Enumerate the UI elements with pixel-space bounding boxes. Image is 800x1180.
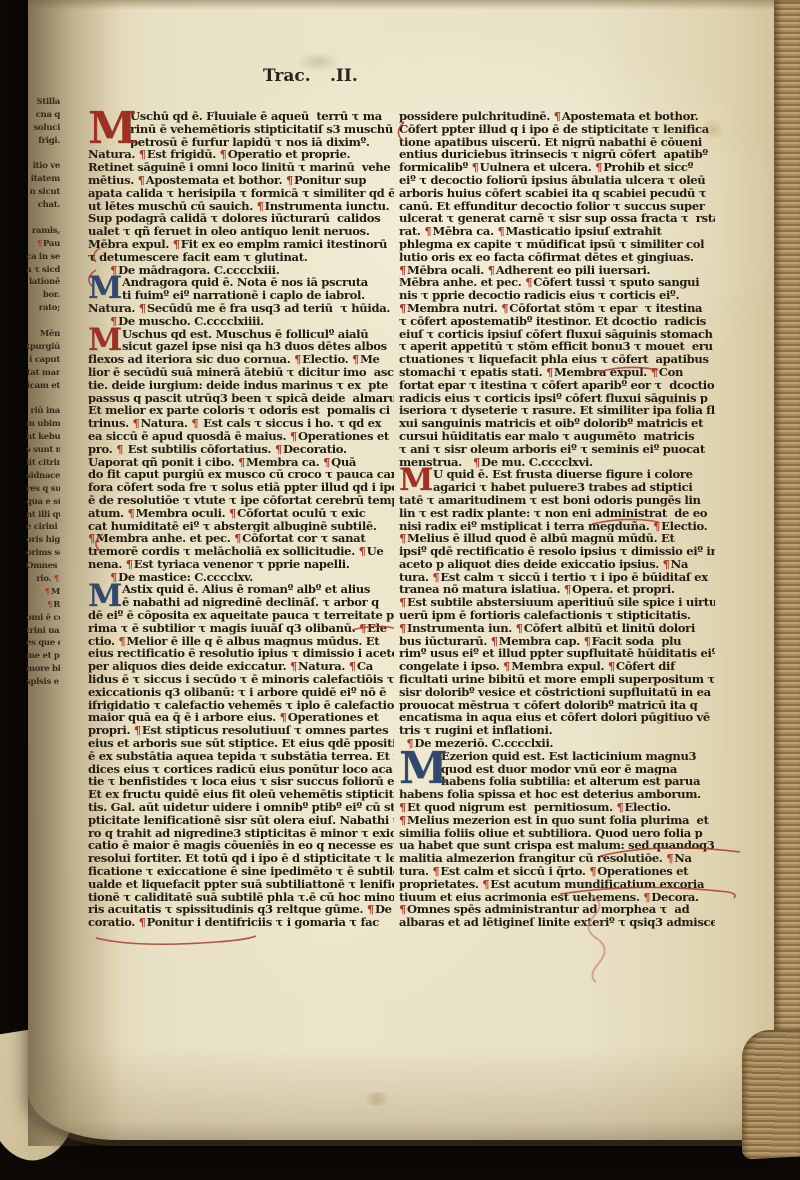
fragment-line: itio ve — [26, 160, 60, 173]
capitulum-mark: ¶ — [173, 238, 181, 251]
rubric-underline: Con — [659, 366, 683, 379]
fragment-line: ¶R — [26, 599, 60, 612]
text-line: nisi radix eiº mstiplicat i terra megduñ… — [399, 520, 715, 533]
text-line: Mēbra anhe. et pec. ¶Cōfert tussi τ sput… — [399, 276, 715, 289]
text-line: Cōfert ppter illud q i ipo ē de stiptici… — [399, 123, 715, 136]
fragment-line: omi ē coe — [26, 612, 60, 625]
text-line: tie. deide iurgium: deide indus marinus … — [88, 379, 394, 392]
text-line: propri. ¶Est stipticus resolutiuuſ τ omn… — [88, 724, 394, 737]
capitulum-mark: ¶ — [280, 711, 288, 724]
text-line: ¶De muscho. C.cccclxiiii. — [88, 315, 394, 328]
text-line: eiº τ decoctio foliorū ipsius ābulatia u… — [399, 174, 715, 187]
text-line: lutio oris ex eo facta cōfirmat dētes et… — [399, 251, 715, 264]
capitulum-mark: ¶ — [116, 443, 124, 456]
capitulum-mark: ¶ — [595, 161, 603, 174]
text-line: ē ex substātia aquea tepida τ substātia … — [88, 750, 394, 763]
capitulum-mark: ¶ — [257, 200, 265, 213]
capitulum-mark: ¶ — [473, 456, 481, 469]
text-line: Uaporat qñ ponit i cibo. ¶Membra ca. ¶Qu… — [88, 456, 394, 469]
rubric-underline: Na — [674, 852, 691, 865]
capitulum-mark: ¶ — [275, 443, 283, 456]
rubric-underline: Operationes et — [597, 865, 688, 878]
capitulum-mark: ¶ — [359, 622, 367, 635]
text-line: do fit caput purgiū ex musco cū croco τ … — [88, 468, 394, 481]
rubric-underline: De mu. C.cccclxvi. — [481, 456, 593, 469]
illuminated-initial: M — [88, 273, 122, 304]
capitulum-mark: ¶ — [54, 574, 60, 584]
ink-showthrough-smudge — [296, 52, 340, 72]
fragment-line: Mēn — [26, 328, 60, 341]
text-line: tiuum et eius acrimonia est uehemens. ¶D… — [399, 891, 715, 904]
page-stain — [362, 1092, 392, 1106]
illuminated-initial: M — [399, 747, 447, 791]
capitulum-mark: ¶ — [359, 545, 367, 558]
capitulum-mark: ¶ — [139, 302, 147, 315]
capitulum-mark: ¶ — [399, 596, 407, 609]
fragment-line: sidnacem — [26, 470, 60, 483]
text-line: ifrigidatio τ calefactio vehemēs τ iplo … — [88, 699, 394, 712]
text-line: tione apatibus uiscerū. Et nigrū nabathi… — [399, 136, 715, 149]
text-column-left: Uschū qd ē. Fluuiale ē aqueū terrū τ mar… — [88, 110, 394, 938]
capitulum-mark: ¶ — [47, 600, 53, 610]
fragment-line: a τ sicd — [26, 264, 60, 277]
text-line: agarici τ habet puluere3 trabes ad stipt… — [399, 481, 715, 494]
fragment-line: ramls, — [26, 225, 60, 238]
fragment-line: s sunt mi — [26, 444, 60, 457]
capitulum-mark: ¶ — [399, 814, 407, 827]
capitulum-mark: ¶ — [133, 417, 141, 430]
text-line: possidere pulchritudinē. ¶Apostemata et … — [399, 110, 715, 123]
fragment-line: soluci — [26, 122, 60, 135]
text-line: ¶Instrumenta iun. ¶Cōfert albitū et lini… — [399, 622, 715, 635]
book-fore-edge — [774, 0, 800, 1152]
text-line: encatisma in aqua eius et cōfert dolori … — [399, 711, 715, 724]
capitulum-mark: ¶ — [290, 660, 298, 673]
fragment-line: iit citrini — [26, 457, 60, 470]
fragment-line: itatem — [26, 173, 60, 186]
fragment-line — [26, 148, 60, 161]
fragment-line: e cirini a — [26, 521, 60, 534]
capitulum-mark: ¶ — [139, 148, 147, 161]
capitulum-mark: ¶ — [491, 635, 499, 648]
text-column-right: possidere pulchritudinē. ¶Apostemata et … — [399, 110, 715, 938]
text-line: exiccationis q3 olibanū: τ i arbore quid… — [88, 686, 394, 699]
rubric-underline: Apostemata et bothor. — [146, 174, 283, 187]
fragment-line: riū ina — [26, 405, 60, 418]
text-line: resolui fortiter. Et totū qd i ipo ē d s… — [88, 852, 394, 865]
capitulum-mark: ¶ — [234, 532, 242, 545]
rubric-underline: Operatio et proprie. — [228, 148, 350, 161]
rubric-underline: Electio. — [302, 353, 348, 366]
fragment-line: more bibit — [26, 663, 60, 676]
fragment-line: ¶M — [26, 586, 60, 599]
capitulum-mark: ¶ — [564, 583, 572, 596]
text-line: tranea nō matura islatiua. ¶Opera. et pr… — [399, 583, 715, 596]
rubric-underline: De mādragora. C.cccclxiii. — [118, 264, 279, 277]
fragment-line: nt illi qui — [26, 509, 60, 522]
rubric-underline: Membra expul. — [511, 660, 604, 673]
capitulum-mark: ¶ — [138, 174, 146, 187]
capitulum-mark: ¶ — [432, 865, 440, 878]
capitulum-mark: ¶ — [663, 558, 671, 571]
page-stain — [700, 120, 726, 138]
text-line: mētius. ¶Apostemata et bothor. ¶Ponitur … — [88, 174, 394, 187]
rubric-underline: Operationes et — [288, 711, 379, 724]
illuminated-initial: M — [88, 325, 122, 356]
text-line: ¶Melius mezerion est in quo sunt folia p… — [399, 814, 715, 827]
rubric-underline: Operationes et — [298, 430, 389, 443]
text-line: τ cōfert apostematibº itestinor. Et dcoc… — [399, 315, 715, 328]
text-line: tremorē cordis τ melācholiā ex sollicitu… — [88, 545, 394, 558]
text-line: Et melior ex parte coloris τ odoris est … — [88, 404, 394, 417]
capitulum-mark: ¶ — [134, 724, 142, 737]
capitulum-mark: ¶ — [653, 520, 661, 533]
rubric-underline: Mēbra ca. — [432, 225, 493, 238]
rubric-underline: De — [375, 903, 392, 916]
text-line: atum. ¶Membra oculi. ¶Cōfortat oculū τ e… — [88, 507, 394, 520]
capitulum-mark: ¶ — [488, 264, 496, 277]
text-line: ¶Et quod nigrum est pernitiosum. ¶Electi… — [399, 801, 715, 814]
text-line: eiuſ τ corticis ipsiuſ cōfert fluxui sāg… — [399, 328, 715, 341]
illuminated-initial: M — [399, 465, 433, 496]
rubric-underline: Natura. — [141, 417, 188, 430]
fragment-line — [26, 392, 60, 405]
text-line: ctuationes τ liquefacit phla eius τ cōfe… — [399, 353, 715, 366]
fragment-line: nt kebuli — [26, 431, 60, 444]
text-line: entius duriciebus ītrinsecis τ nigrū cōf… — [399, 148, 715, 161]
capitulum-mark: ¶ — [352, 353, 360, 366]
capitulum-mark: ¶ — [367, 903, 375, 916]
fragment-line: rato; — [26, 302, 60, 315]
rubric-underline: De mastice: C.cccclxv. — [118, 571, 253, 584]
text-line: tis. Gal. aūt uidetur uidere i omnibº pt… — [88, 801, 394, 814]
text-line: ¶Melius ē illud quod ē albū magnū mūdū. … — [399, 532, 715, 545]
text-line: rima τ ē subtilior τ magis iuuāſ q3 olib… — [88, 622, 394, 635]
capitulum-mark: ¶ — [139, 916, 147, 929]
text-line: prouocat mēstrua τ cōfert doloribº matri… — [399, 699, 715, 712]
capitulum-mark: ¶ — [525, 276, 533, 289]
rubric-underline: Electio. — [661, 520, 707, 533]
capitulum-mark: ¶ — [482, 878, 490, 891]
text-line: ē nabathi ad nigredinē declināſ. τ arbor… — [88, 596, 394, 609]
text-line: sisr doloribº vesice et cōstrictioni sup… — [399, 686, 715, 699]
text-line: tie τ benfistides τ loca eius τ sisr suc… — [88, 775, 394, 788]
fragment-line: orims se — [26, 547, 60, 560]
capitulum-mark: ¶ — [497, 225, 505, 238]
capitulum-mark: ¶ — [229, 507, 237, 520]
fragment-line: trini ualz — [26, 625, 60, 638]
text-line: ¶Mēbra ocali. ¶Adherent eo pili iuersari… — [399, 264, 715, 277]
fragment-line: frigi. — [26, 135, 60, 148]
text-line: iseriora τ dyseterie τ rasure. Et simili… — [399, 404, 715, 417]
rubric-underline: Cōfortat cor τ sanat — [242, 532, 365, 545]
capitulum-mark: ¶ — [88, 532, 96, 545]
text-line: ipsiº qdē rectificatio ē resolo ipsius τ… — [399, 545, 715, 558]
capitulum-mark: ¶ — [399, 903, 407, 916]
rubric-underline: Instrumenta iun. — [407, 622, 512, 635]
text-line: ¶Membra anhe. et pec. ¶Cōfortat cor τ sa… — [88, 532, 394, 545]
text-line: pro. ¶ Est subtilis cōfortatius. ¶Decora… — [88, 443, 394, 456]
text-line: formicalibº ¶Uulnera et ulcera. ¶Prohib … — [399, 161, 715, 174]
text-line: Et ex fructu quidē eius fit oleū vehemēt… — [88, 788, 394, 801]
capitulum-mark: ¶ — [501, 302, 509, 315]
fragment-line: tpurgiū — [26, 341, 60, 354]
capitulum-mark: ¶ — [294, 353, 302, 366]
text-line: arboris huius cōfert scabiei ita q scabi… — [399, 187, 715, 200]
capitulum-mark: ¶ — [37, 239, 43, 249]
text-line: rat. ¶Mēbra ca. ¶Masticatio ipsiuſ extra… — [399, 225, 715, 238]
text-line: ualde et liquefacit ppter suā subtiliatt… — [88, 878, 394, 891]
text-line: ti fuimº eiº narrationē i caplo de iabro… — [88, 289, 394, 302]
text-line: aceto p aliquot dies deide exiccatio ips… — [399, 558, 715, 571]
text-line: malitia almezerion frangitur cū resoluti… — [399, 852, 715, 865]
fragment-line: me et pot. — [26, 650, 60, 663]
capitulum-mark: ¶ — [191, 417, 199, 430]
capitulum-mark: ¶ — [584, 635, 592, 648]
capitulum-mark: ¶ — [399, 532, 407, 545]
capitulum-mark: ¶ — [546, 366, 554, 379]
text-line: eius et arboris sue sūt stiptice. Et eiu… — [88, 737, 394, 750]
capitulum-mark: ¶ — [45, 587, 51, 597]
text-line: ea siccū ē apud quosdā ē maius. ¶Operati… — [88, 430, 394, 443]
text-line: nena. ¶Est tyriaca venenor τ pprie napel… — [88, 558, 394, 571]
capitulum-mark: ¶ — [608, 660, 616, 673]
book-fore-edge-corner — [742, 1028, 800, 1159]
text-line: coratio. ¶Ponitur i dentifriciis τ i gom… — [88, 916, 394, 929]
text-line: ulcerat τ generat carnē τ sisr sup ossa … — [399, 212, 715, 225]
capitulum-mark: ¶ — [554, 110, 562, 123]
text-line: proprietates. ¶Est acutum mundificatium … — [399, 878, 715, 891]
capitulum-mark: ¶ — [399, 264, 407, 277]
text-line: bus iūcturarū. ¶Membra cap. ¶Facit soda … — [399, 635, 715, 648]
text-line: apata calida τ herisipila τ formicā τ si… — [88, 187, 394, 200]
capitulum-mark: ¶ — [472, 161, 480, 174]
previous-leaf-text-strip: Stillacna qsolucifrigi.itio veitatemn si… — [26, 96, 60, 976]
text-line: fortat epar τ itestina τ cōfert aparibº … — [399, 379, 715, 392]
text-line: dē eiº ē cōposita ex aqueitate pauca τ t… — [88, 609, 394, 622]
fragment-line: i caput — [26, 354, 60, 367]
text-line: trinus. ¶Natura. ¶ Est cals τ siccus i h… — [88, 417, 394, 430]
rubric-underline: Instrumenta iunctu. — [265, 200, 390, 213]
capitulum-mark: ¶ — [503, 660, 511, 673]
capitulum-mark: ¶ — [399, 622, 407, 635]
fragment-line — [26, 212, 60, 225]
fragment-line: rio. ¶ — [26, 573, 60, 586]
capitulum-mark: ¶ — [290, 430, 298, 443]
rubric-underline: Membra nutri. — [407, 302, 497, 315]
capitulum-mark: ¶ — [126, 558, 134, 571]
rubric-underline: De muscho. C.cccclxiiii. — [118, 315, 264, 328]
text-line: stomachi τ epatis stati. ¶Membra expul. … — [399, 366, 715, 379]
rubric-underline: Apostemata et bothor. — [562, 110, 699, 123]
rubric-underline: Mēbra anhe. et pec. — [399, 276, 522, 289]
text-line: τ aperit appetitū τ stōm efficit bonu3 τ… — [399, 340, 715, 353]
text-line: tris τ rugini et inflationi. — [399, 724, 715, 737]
fragment-line: res q sunt — [26, 483, 60, 496]
fragment-line: cna q — [26, 109, 60, 122]
capitulum-mark: ¶ — [399, 302, 407, 315]
text-line: ¶De mastice: C.cccclxv. — [88, 571, 394, 584]
text-line: eius rectificatio ē resolutio ipius τ di… — [88, 647, 394, 660]
text-line: lior ē secūdū suā minerā ātebiū τ dicitu… — [88, 366, 394, 379]
text-line: similia foliis oliue et subtiliora. Quod… — [399, 827, 715, 840]
rubric-underline: Membra cap. — [499, 635, 580, 648]
capitulum-mark: ¶ — [128, 507, 136, 520]
text-line: ¶Membra nutri. ¶Cōfortat stōm τ epar τ i… — [399, 302, 715, 315]
text-line: ¶De mādragora. C.cccclxiii. — [88, 264, 394, 277]
text-line: maior quā ea q̄ ē i arbore eius. ¶Operat… — [88, 711, 394, 724]
fragment-line: Stilla — [26, 96, 60, 109]
text-line: τ detumescere facit eam τ glutinat. — [88, 251, 394, 264]
text-line: ut lētes muschū cū sauich. ¶Instrumenta … — [88, 200, 394, 213]
text-line: ua habet que sunt crispa est malum: sed … — [399, 839, 715, 852]
fragment-line: ca in se — [26, 251, 60, 264]
text-line: sicut gazel ipse nisi qa h3 duos dētes a… — [88, 340, 394, 353]
text-line: ¶Est subtile abstersiuum aperitiuū sile … — [399, 596, 715, 609]
text-line: cursui hūiditatis ear malo τ augumēto ma… — [399, 430, 715, 443]
text-line: xui sanguinis matricis et oibº doloribº … — [399, 417, 715, 430]
rubric-underline: Decoratio. — [283, 443, 347, 456]
text-line: menstrua. ¶De mu. C.cccclxvi. — [399, 456, 715, 469]
capitulum-mark: ¶ — [651, 366, 659, 379]
text-line: ē de resolutiōe τ vtute τ ipe cōfortat c… — [88, 494, 394, 507]
text-line: per aliquos dies deide exiccatur. ¶Natur… — [88, 660, 394, 673]
text-line: lidus ē τ siccus i secūdo τ ē minoris ca… — [88, 673, 394, 686]
text-line: fora cōfert soda fre τ solus etiā ppter … — [88, 481, 394, 494]
text-line: canū. Et effunditur decoctio folior τ su… — [399, 200, 715, 213]
text-line: tionē τ caliditatē suā subtilē phla τ.ē … — [88, 891, 394, 904]
text-line: flexos ad iteriora sic duo cornua. ¶Elec… — [88, 353, 394, 366]
capitulum-mark: ¶ — [118, 635, 126, 648]
text-line: cat humiditatē eiº τ abstergit albuginē … — [88, 520, 394, 533]
rubric-underline: Mēbra ocali. — [407, 264, 484, 277]
capitulum-mark: ¶ — [323, 456, 331, 469]
text-line: ris acuitatis τ spissitudinis q3 reltque… — [88, 903, 394, 916]
rubric-underline: Ponitur i dentifriciis τ i gomaria — [147, 916, 346, 929]
rubric-underline: Electio. — [624, 801, 670, 814]
text-line: passus q pascit utrūq3 been τ spicā deid… — [88, 392, 394, 405]
fragment-line: Omnes et — [26, 560, 60, 573]
fragment-line: splsis e cō — [26, 676, 60, 689]
text-line: Astix quid ē. Alius ē romanº albº et ali… — [88, 583, 394, 596]
page-stain — [668, 396, 678, 405]
text-line: tatē τ amaritudinem τ est boni odoris pu… — [399, 494, 715, 507]
fragment-line: es que cur — [26, 637, 60, 650]
capitulum-mark: ¶ — [399, 801, 407, 814]
fragment-line: bor. — [26, 289, 60, 302]
text-line: dices eius τ cortices radicū eius ponūtu… — [88, 763, 394, 776]
fragment-line: m ubimi — [26, 418, 60, 431]
capitulum-mark: ¶ — [286, 174, 294, 187]
text-line: U quid ē. Est frusta diuerse figure i co… — [399, 468, 715, 481]
text-line: lin τ est radix plante: τ non eni admini… — [399, 507, 715, 520]
text-line: congelate i ipso. ¶Membra expul. ¶Cōfert… — [399, 660, 715, 673]
text-line: Natura. ¶Secūdū me ē fra usq3 ad teriū τ… — [88, 302, 394, 315]
text-line: tura. ¶Est calm τ siccū i tertio τ i ipo… — [399, 571, 715, 584]
capitulum-mark: ¶ — [220, 148, 228, 161]
text-line: phlegma ex capite τ mūdificat ipsū τ sim… — [399, 238, 715, 251]
fragment-line: icam et — [26, 380, 60, 393]
text-line: ficultati urine bibitū et more empli sup… — [399, 673, 715, 686]
rubric-underline: Masticatio ipsiuſ extrahit — [506, 225, 662, 238]
text-line: tura. ¶Est calm et siccū i q̄rto. ¶Opera… — [399, 865, 715, 878]
rubric-underline: Opera. et propri. — [572, 583, 675, 596]
text-line: τ ani τ sisr oleum arboris eiº τ seminis… — [399, 443, 715, 456]
capitulum-mark: ¶ — [516, 622, 524, 635]
text-line: pticitate lenificationē sisr sūt olera e… — [88, 814, 394, 827]
rubric-underline: Mēbra expul. — [88, 238, 169, 251]
fragment-line: tat mar — [26, 367, 60, 380]
capitulum-mark: ¶ — [432, 571, 440, 584]
fragment-line: n sicut — [26, 186, 60, 199]
book-scan: { "colors": { "ink": "#241c13", "rubric_… — [0, 0, 800, 1180]
text-line: Andragora quid ē. Nota ē nos iā pscruta — [88, 276, 394, 289]
capitulum-mark: ¶ — [349, 660, 357, 673]
text-line: Uschus qd est. Muschus ē folliculº aialū — [88, 328, 394, 341]
rubric-underline: Na — [671, 558, 688, 571]
illuminated-initial: M — [88, 581, 122, 612]
fragment-line: oris higi — [26, 534, 60, 547]
fragment-line: ¶Pau — [26, 238, 60, 251]
text-line: catio ē maior ē magis cōueniēs in eo q n… — [88, 839, 394, 852]
text-line: nis τ pprie decoctio radicis eius τ cort… — [399, 289, 715, 302]
text-line: ro q trahit ad nigredine3 stipticitas ē … — [88, 827, 394, 840]
rubric-underline: Uulnera et ulcera. — [480, 161, 592, 174]
text-line: Mēbra expul. ¶Fit ex eo emplm ramici ite… — [88, 238, 394, 251]
fragment-line: qua e sūt — [26, 496, 60, 509]
rubric-underline: Decora. — [651, 891, 698, 904]
rubric-underline: Membra oculi. — [136, 507, 226, 520]
rubric-underline: Ele — [367, 622, 387, 635]
running-header: Trac. .II. — [0, 66, 800, 90]
text-line: ualet τ qñ feruet in oleo antiquo lenit … — [88, 225, 394, 238]
rubric-underline: Membra expul. — [554, 366, 647, 379]
text-line: uerū ipm ē fortioris calefactionis τ sti… — [399, 609, 715, 622]
text-line: ¶Omnes spēs administrantur ad morphea τ … — [399, 903, 715, 916]
text-line: ficatione τ exiccatione ē sine ipedimēto… — [88, 865, 394, 878]
fragment-line — [26, 315, 60, 328]
fragment-line: chat. — [26, 199, 60, 212]
text-line: albaras et ad lētigineſ linite exteriº τ… — [399, 916, 715, 929]
rubric-underline: Natura. — [298, 660, 345, 673]
rubric-underline: Membra anhe. et pec. — [96, 532, 230, 545]
text-line: Retinet sāguinē i omni loco linitū τ mar… — [88, 161, 394, 174]
text-line: Sup podagrā calidā τ dolores iūcturarū c… — [88, 212, 394, 225]
rubric-underline: Membra ca. — [246, 456, 319, 469]
text-line: rimº usus eiº et illud ppter supfluitatē… — [399, 647, 715, 660]
text-line: ctio. ¶Melior ē ille q ē albus magnus mū… — [88, 635, 394, 648]
fragment-line: lationē — [26, 276, 60, 289]
illuminated-initial: M — [88, 110, 136, 151]
capitulum-mark: ¶ — [238, 456, 246, 469]
